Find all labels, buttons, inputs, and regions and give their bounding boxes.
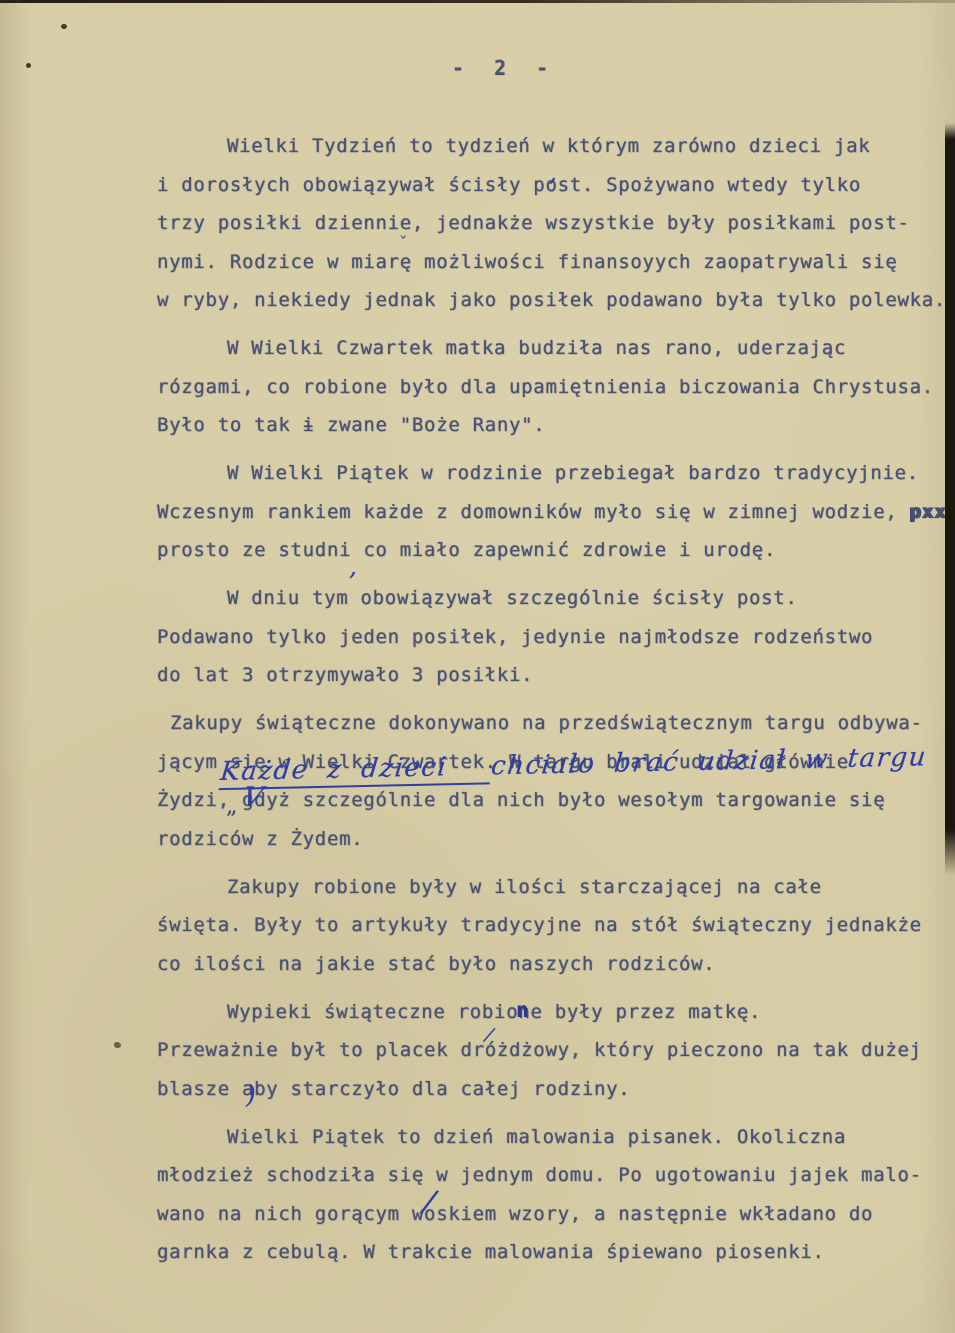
typed-line: co ilości na jakie stać było naszych rod… [157, 945, 955, 984]
typed-line: Przeważnie był to placek dróżdżowy, któr… [157, 1031, 955, 1070]
typed-line: prosto ze studni co miało zapewnić zdrow… [157, 531, 955, 570]
paragraph: Wypieki świąteczne robione były przez ma… [157, 993, 955, 1109]
typed-line: Podawano tylko jeden posiłek, jedynie na… [157, 618, 955, 657]
paragraph: W dniu tym obowiązywał szczególnie ścisł… [157, 579, 955, 695]
paragraph: Wielki Piątek to dzień malowania pisanek… [157, 1118, 955, 1272]
paragraph: Wielki Tydzień to tydzień w którym zarów… [157, 127, 955, 320]
scan-edge-top [0, 0, 955, 3]
typed-line: W Wielki Piątek w rodzinie przebiegał ba… [157, 454, 955, 493]
typed-line: do lat 3 otrzymywało 3 posiłki. [157, 656, 955, 695]
typed-text: Wielki Tydzień to tydzień w którym zarów… [157, 127, 955, 1272]
paragraph: Zakupy robione były w ilości starczające… [157, 868, 955, 984]
typed-line: młodzież schodziła się w jednym domu. Po… [157, 1156, 955, 1195]
paper-speck [26, 63, 31, 68]
typed-line: Zakupy robione były w ilości starczające… [157, 868, 955, 907]
typed-line: Zakupy świąteczne dokonywano na przedświ… [157, 704, 955, 743]
pen-letter-correction: n [516, 998, 529, 1022]
typed-line: święta. Były to artykuły tradycyjne na s… [157, 906, 955, 945]
typed-line: W dniu tym obowiązywał szczególnie ścisł… [157, 579, 955, 618]
typed-line: Wypieki świąteczne robione były przez ma… [157, 993, 955, 1032]
typed-line: w ryby, niekiedy jednak jako posiłek pod… [157, 281, 955, 320]
scan-edge-right [945, 123, 955, 875]
typed-line: rodziców z Żydem. [157, 820, 955, 859]
pen-lead-quote-mark: „ [226, 794, 237, 819]
typed-line: trzy posiłki dziennie, jednakże wszystki… [157, 204, 955, 243]
typed-line: wano na nich gorącym woskiem wzory, a na… [157, 1195, 955, 1234]
page-number: - 2 - [452, 56, 557, 80]
paper-speck [114, 1042, 121, 1048]
pen-inserted-comma-1: , [549, 158, 557, 187]
pen-inserted-paren: ) [246, 1080, 256, 1109]
typed-line: W Wielki Czwartek matka budziła nas rano… [157, 329, 955, 368]
typed-line: Wczesnym rankiem każde z domowników myło… [157, 493, 955, 532]
typed-line: Wielki Piątek to dzień malowania pisanek… [157, 1118, 955, 1157]
paper-speck [61, 24, 67, 29]
paragraph: W Wielki Czwartek matka budziła nas rano… [157, 329, 955, 445]
typed-line: garnka z cebulą. W trakcie malowania śpi… [157, 1233, 955, 1272]
pen-inserted-comma-2: , [349, 552, 357, 581]
scanned-page: - 2 - Wielki Tydzień to tydzień w którym… [0, 0, 955, 1333]
pen-accent-correction: ˇ [399, 234, 408, 254]
typed-line: rózgami, co robione było dla upamiętnien… [157, 368, 955, 407]
typed-line: nymi. Rodzice w miarę możliwości finanso… [157, 243, 955, 282]
typed-line: blasze aby starczyło dla całej rodziny. [157, 1070, 955, 1109]
typed-line: Było to tak ɨ zwane "Boże Rany". [157, 406, 955, 445]
paragraph: W Wielki Piątek w rodzinie przebiegał ba… [157, 454, 955, 570]
